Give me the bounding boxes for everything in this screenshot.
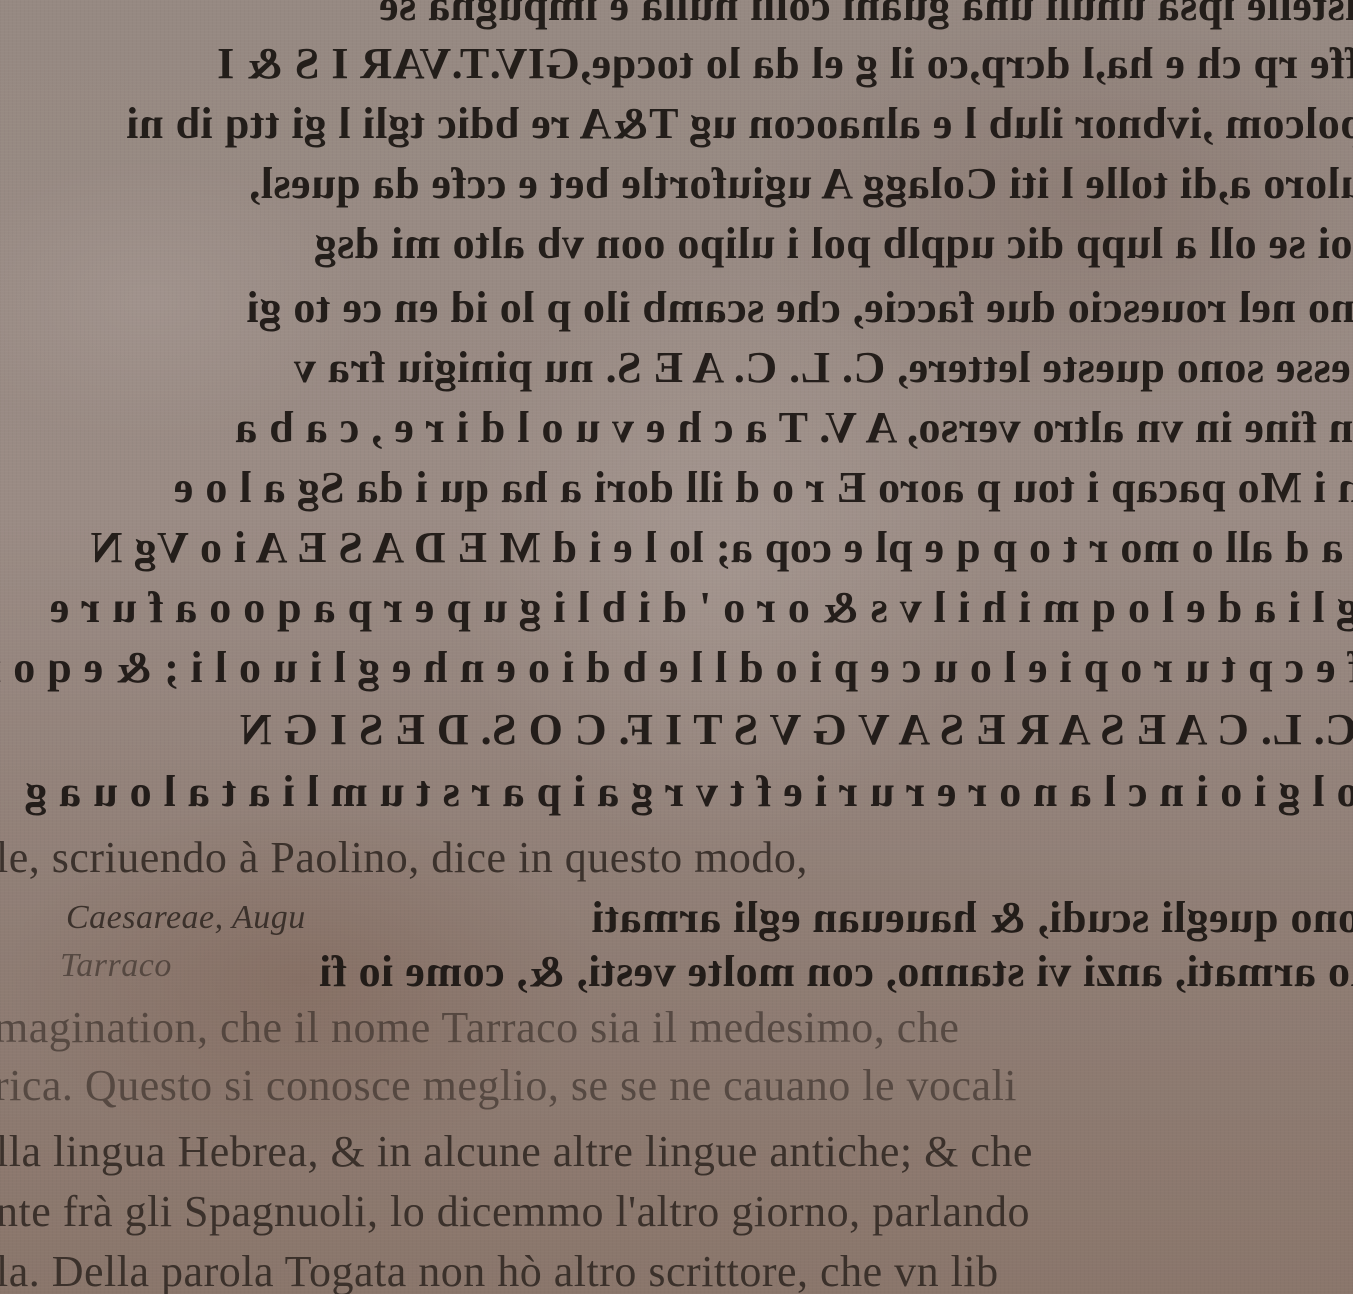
text-line: oristelle ipsa unuli una guani colli nul… [0,0,1353,34]
page-text: lla lingua Hebrea, & in alcune altre lin… [0,1124,1033,1180]
bleed-through-text: iguloro a,di tolle l iti Colagg A ugiufo… [0,156,1353,212]
text-line: gono nel rouescio due faccie, che scamb … [0,280,1353,336]
text-line: iguloro a,di tolle l iti Colagg A ugiufo… [0,156,1353,212]
text-line: Tarraco nno armati, anzi vi stanno, con … [0,944,1353,1000]
text-line: E g l i a d e l o q m i h i l v s & o r … [0,580,1353,636]
text-line: magination, che il nome Tarraco sia il m… [0,1000,1353,1056]
bleed-through-text: ru a d all o mo r t o p q e pl e cop a; … [0,520,1353,576]
text-line: le, scriuendo à Paolino, dice in questo … [0,830,1353,886]
text-line: nif e c p t u r o p i e l o u c e p i o … [0,640,1353,696]
text-line: ru a d all o mo r t o p q e pl e cop a; … [0,520,1353,576]
text-line: x in fine in vn altro verso, A V. T a c … [0,400,1353,456]
bleed-through-text: gono nel rouescio due faccie, che scamb … [0,280,1353,336]
bleed-through-text: e, C. L. C A E S A R E S A V G V S T I F… [0,702,1353,758]
text-line: e, C. L. C A E S A R E S A V G V S T I F… [0,702,1353,758]
bleed-through-text: x in fine in vn altro verso, A V. T a c … [0,400,1353,456]
text-line: soffe rp ch e ha,l dcrp,co il g el da lo… [0,36,1353,92]
text-line: oth i Mo pacap i tou p aoro E r o d ill … [0,460,1353,516]
bleed-through-text: E g l i a d e l o q m i h i l v s & o r … [0,580,1353,636]
text-line: di esse sono queste lettere, C. L. C. A … [0,340,1353,396]
parchment-page: oristelle ipsa unuli una guani colli nul… [0,0,1353,1294]
bleed-through-text: oth i Mo pacap i tou p aoro E r o d ill … [0,460,1353,516]
bleed-through-text: oristelle ipsa unuli una guani colli nul… [0,0,1353,34]
bleed-through-text: nno armati, anzi vi stanno, con molte ve… [0,944,1353,1000]
text-line: la. Della parola Togata non hò altro scr… [0,1244,1353,1294]
bleed-through-text: di esse sono queste lettere, C. L. C. A … [0,340,1353,396]
text-line: Caesareae, Augu ono quegli scudi, & haue… [0,890,1353,946]
bleed-through-text: vipolcom ,ivbnor ilub l e alnaocon ug T&… [0,96,1353,152]
page-text: la. Della parola Togata non hò altro scr… [0,1244,999,1294]
text-line: vipolcom ,ivbnor ilub l e alnaocon ug T&… [0,96,1353,152]
text-line: rica. Questo si conosce meglio, se se ne… [0,1058,1353,1114]
bleed-through-text: A o l g i o i n c l a n o r e r u r i e … [0,764,1353,820]
page-text: nte frà gli Spagnuoli, lo dicemmo l'altr… [0,1184,1030,1240]
text-line: lla lingua Hebrea, & in alcune altre lin… [0,1124,1353,1180]
bleed-through-text: ono quegli scudi, & haueuan egli armati [360,890,1353,946]
text-line: nte frà gli Spagnuoli, lo dicemmo l'altr… [0,1184,1353,1240]
page-text: rica. Questo si conosce meglio, se se ne… [0,1058,1017,1114]
page-text: le, scriuendo à Paolino, dice in questo … [0,830,808,886]
bleed-through-text: nooi se oll a lupp dic uqplb pol i ulipo… [0,216,1353,272]
italic-quote: Caesareae, Augu [66,890,306,946]
page-text: magination, che il nome Tarraco sia il m… [0,1000,959,1056]
text-line: nooi se oll a lupp dic uqplb pol i ulipo… [0,216,1353,272]
text-line: A o l g i o i n c l a n o r e r u r i e … [0,764,1353,820]
bleed-through-text: nif e c p t u r o p i e l o u c e p i o … [0,640,1353,696]
bleed-through-text: soffe rp ch e ha,l dcrp,co il g el da lo… [0,36,1353,92]
